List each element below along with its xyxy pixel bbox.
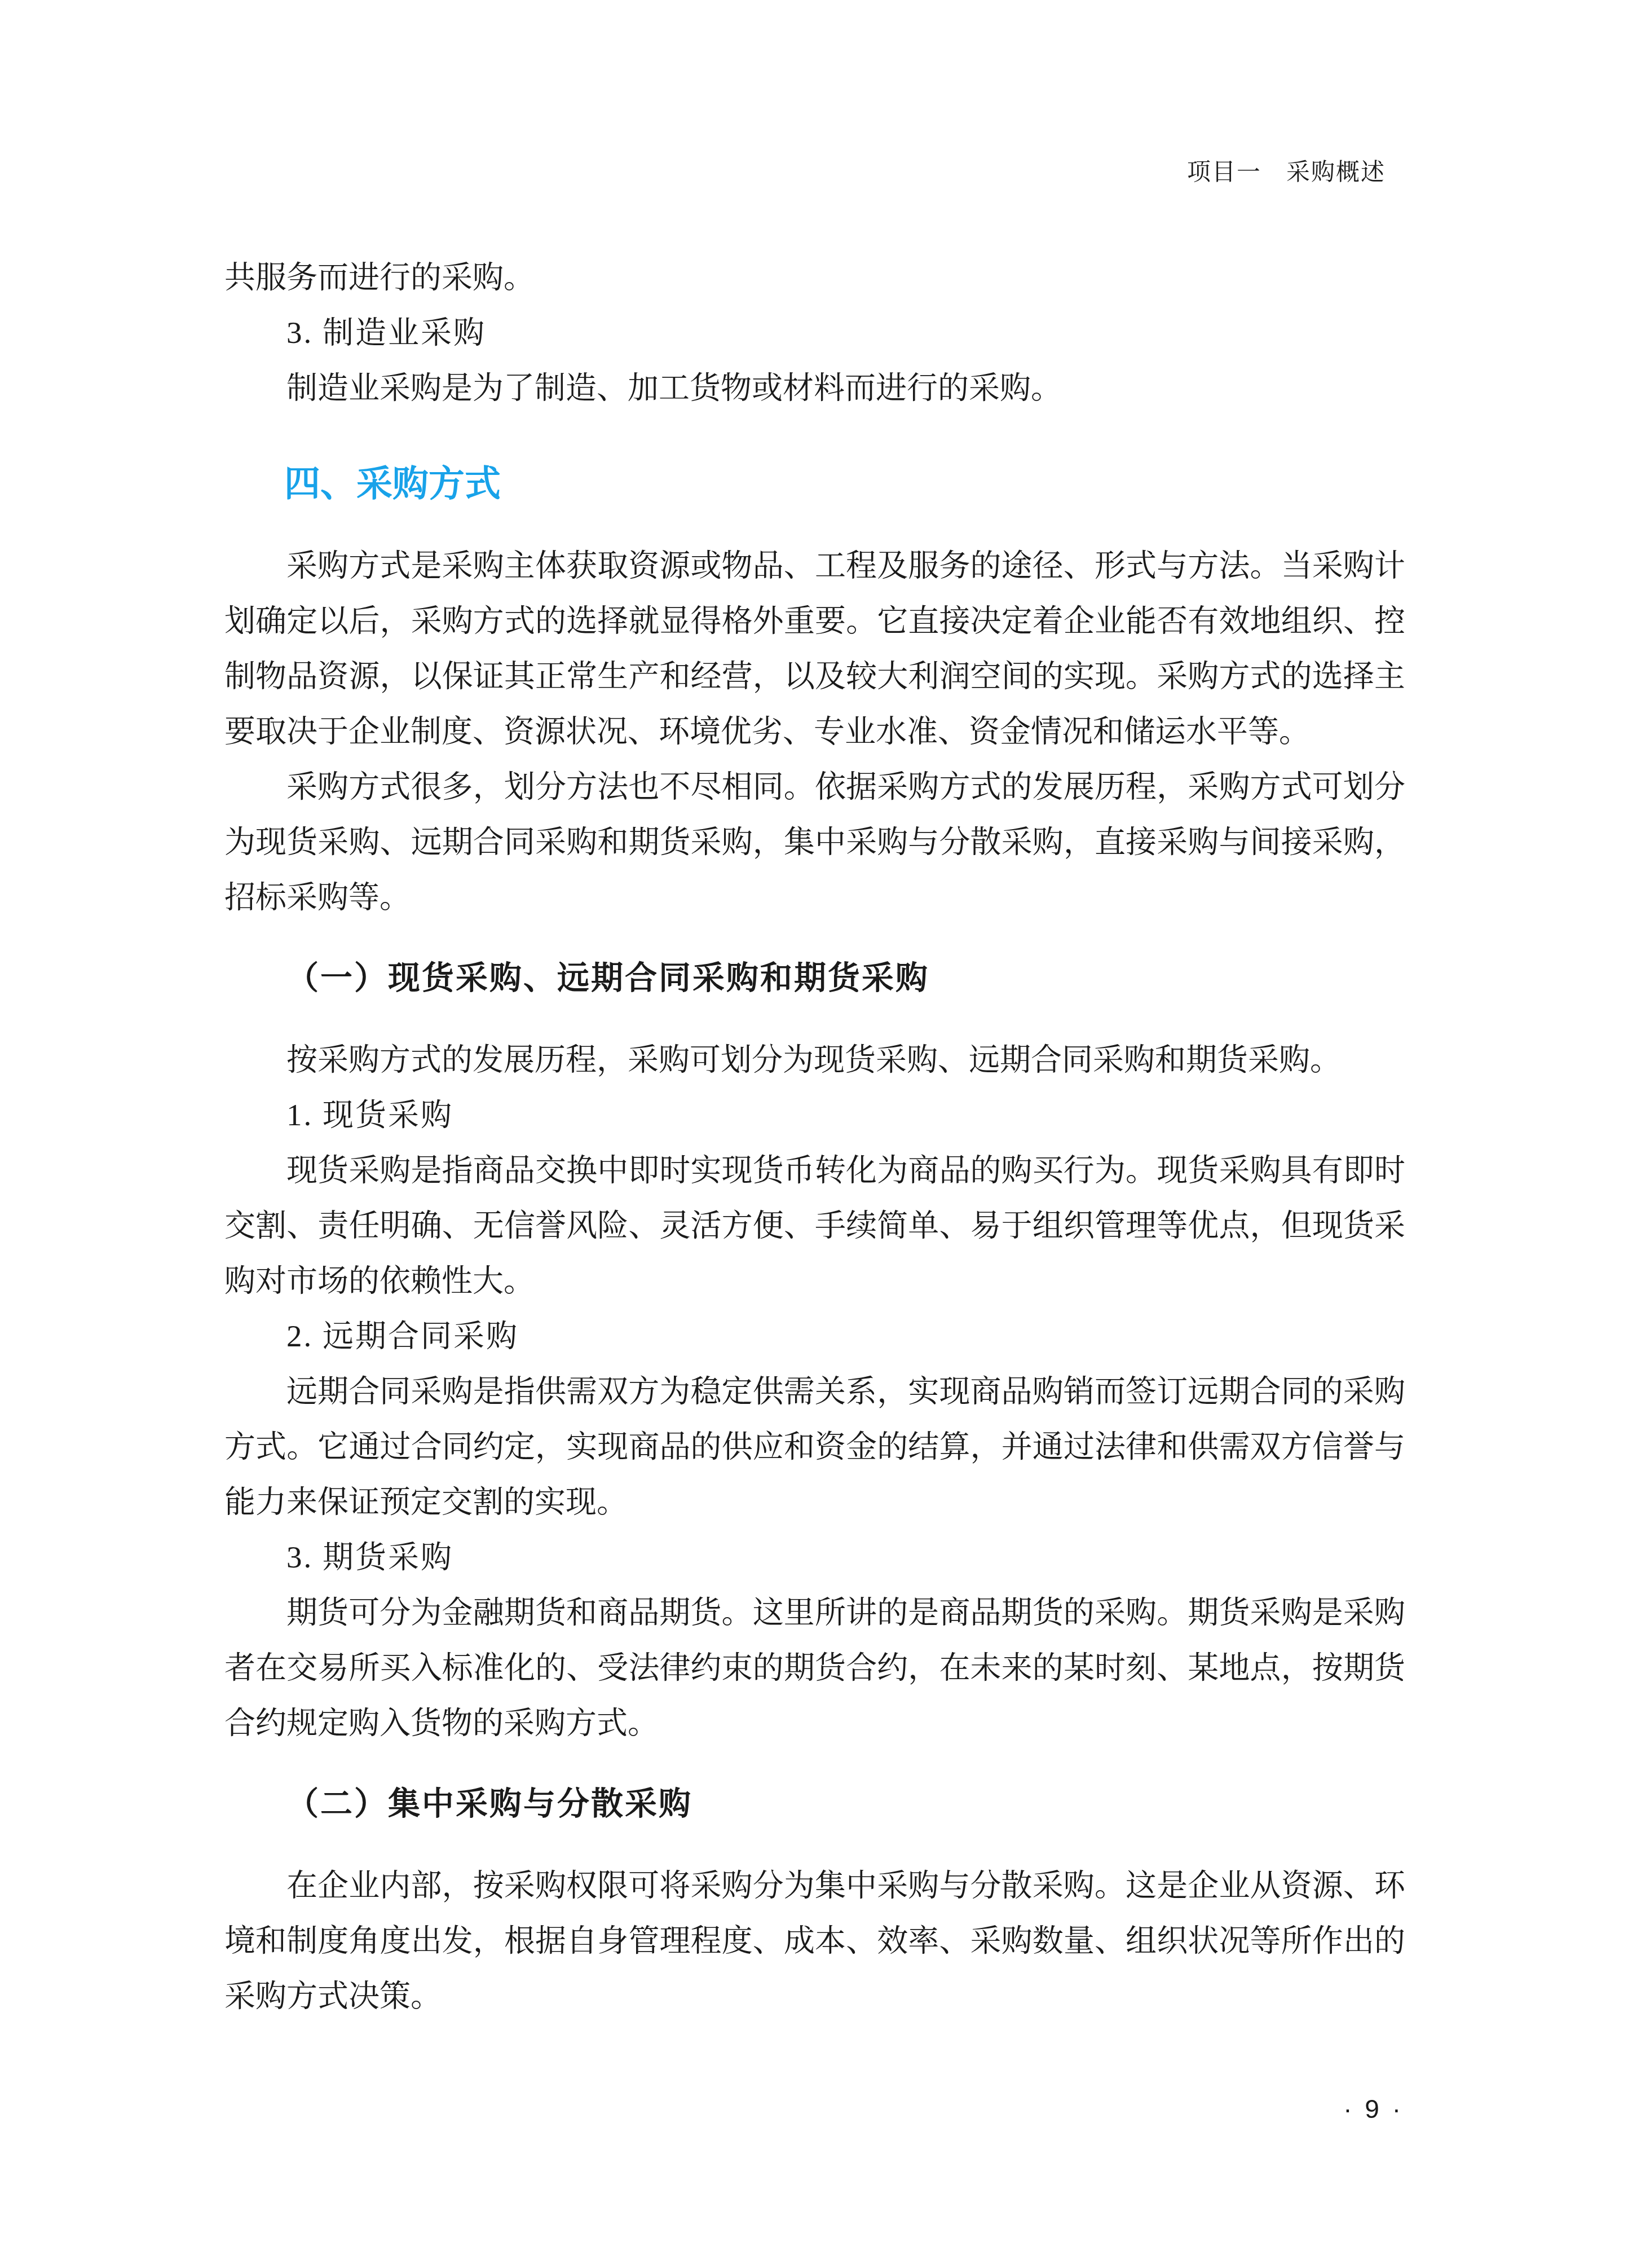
page-number: · 9 · [1343, 2094, 1404, 2124]
item-heading-futures: 3. 期货采购 [224, 1530, 1405, 1585]
paragraph-manufacturing-desc: 制造业采购是为了制造、加工货物或材料而进行的采购。 [224, 360, 1405, 416]
paragraph-sub1-intro: 按采购方式的发展历程，采购可划分为现货采购、远期合同采购和期货采购。 [224, 1032, 1405, 1087]
subsection-heading-spot-forward-futures: （一）现货采购、远期合同采购和期货采购 [224, 951, 1405, 1006]
paragraph-futures-desc: 期货可分为金融期货和商品期货。这里所讲的是商品期货的采购。期货采购是采购者在交易… [224, 1585, 1405, 1751]
paragraph-sub2-desc: 在企业内部，按采购权限可将采购分为集中采购与分散采购。这是企业从资源、环境和制度… [224, 1858, 1405, 2024]
item-heading-spot: 1. 现货采购 [224, 1087, 1405, 1143]
subsection-heading-centralized-decentralized: （二）集中采购与分散采购 [224, 1777, 1405, 1832]
item-heading-manufacturing: 3. 制造业采购 [224, 305, 1405, 360]
paragraph-methods-overview: 采购方式是采购主体获取资源或物品、工程及服务的途径、形式与方法。当采购计划确定以… [224, 538, 1405, 759]
running-header: 项目一 采购概述 [1187, 153, 1386, 187]
paragraph-forward-desc: 远期合同采购是指供需双方为稳定供需关系，实现商品购销而签订远期合同的采购方式。它… [224, 1364, 1405, 1530]
section-heading-procurement-methods: 四、采购方式 [224, 452, 1405, 514]
page-content: 共服务而进行的采购。 3. 制造业采购 制造业采购是为了制造、加工货物或材料而进… [224, 250, 1405, 2024]
paragraph-carryover: 共服务而进行的采购。 [224, 250, 1405, 305]
book-page: 项目一 采购概述 共服务而进行的采购。 3. 制造业采购 制造业采购是为了制造、… [0, 0, 1628, 2268]
item-heading-forward: 2. 远期合同采购 [224, 1309, 1405, 1364]
paragraph-spot-desc: 现货采购是指商品交换中即时实现货币转化为商品的购买行为。现货采购具有即时交割、责… [224, 1143, 1405, 1309]
paragraph-methods-types: 采购方式很多，划分方法也不尽相同。依据采购方式的发展历程，采购方式可划分为现货采… [224, 759, 1405, 925]
